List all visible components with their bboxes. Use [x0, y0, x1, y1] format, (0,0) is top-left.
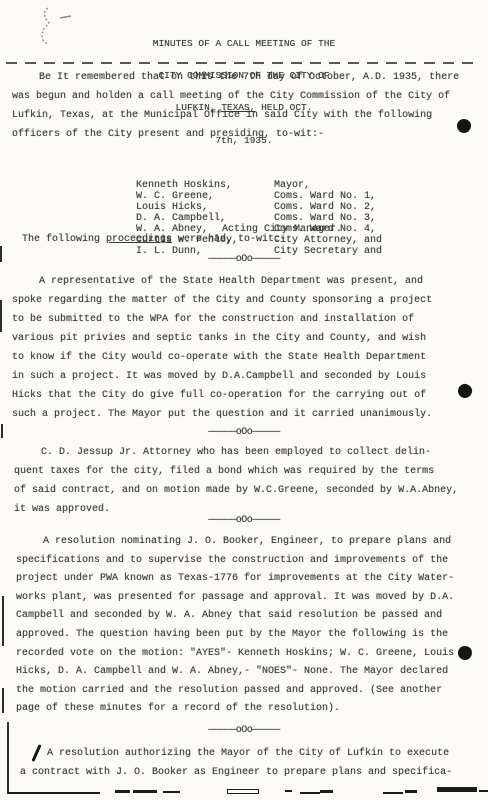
text-line: works plant, was presented for passage a…: [16, 589, 454, 608]
proceedings-line: The following proceedings were had, to-w…: [22, 230, 286, 249]
text-line: various pit privies and septic tanks in …: [12, 329, 432, 348]
officer-row: D. A. Campbell, Coms. Ward No. 3,: [136, 213, 382, 224]
officer-title: Coms. Ward No. 2,: [274, 202, 376, 213]
text-line: of said contract, and on motion made by …: [14, 481, 458, 500]
margin-mark: [0, 246, 2, 262]
text-line: to be submitted to the WPA for the const…: [12, 310, 432, 329]
minutes-paragraph-health-department: A representative of the State Health Dep…: [12, 272, 432, 424]
scan-streak: [405, 790, 417, 793]
text-line: quent taxes for the city, filed a bond w…: [14, 462, 458, 481]
scan-streak: [479, 790, 488, 792]
scan-streak: [163, 791, 180, 793]
text-line: Be It remembered that on this the 7th da…: [12, 68, 459, 87]
ink-blot: [456, 382, 474, 400]
text-line: in such a project. It was moved by D.A.C…: [12, 367, 432, 386]
officer-row: Kenneth Hoskins, Mayor,: [136, 180, 382, 191]
text-line: to know if the City would co-operate wit…: [12, 348, 432, 367]
title-line: MINUTES OF A CALL MEETING OF THE: [0, 39, 488, 50]
scan-streak: [133, 790, 157, 793]
text-line: page of these minutes for a record of th…: [16, 700, 454, 719]
scan-streak: [300, 792, 320, 794]
officer-name: Louis Hicks,: [136, 202, 274, 213]
officer-name: W. C. Greene,: [136, 191, 274, 202]
text-line: specifications and to supervise the cons…: [16, 552, 454, 571]
text-line: a contract with J. O. Booker as Engineer…: [20, 763, 452, 782]
scan-streak: [285, 790, 292, 792]
scan-streak: [8, 792, 100, 794]
text-line: Hicks, D. A. Campbell and W. A. Abney,- …: [16, 663, 454, 682]
officer-title: Coms. Ward No. 1,: [274, 191, 376, 202]
margin-mark: [1, 424, 3, 438]
text-line: C. D. Jessup Jr. Attorney who has been e…: [14, 443, 458, 462]
text-line: the motion carried and the resolution pa…: [16, 682, 454, 701]
text-line: spoke regarding the matter of the City a…: [12, 291, 432, 310]
margin-mark: [2, 688, 4, 713]
text-line: project under PWA known as Texas-1776 fo…: [16, 570, 454, 589]
scan-streak: [227, 789, 259, 794]
intro-paragraph: Be It remembered that on this the 7th da…: [12, 68, 459, 144]
dashed-rule: [6, 62, 474, 64]
text-line: approved. The question having been put b…: [16, 626, 454, 645]
minutes-paragraph-booker-contract: A resolution authorizing the Mayor of th…: [20, 744, 452, 782]
officer-row: W. C. Greene, Coms. Ward No. 1,: [136, 191, 382, 202]
text-line: A resolution authorizing the Mayor of th…: [20, 744, 452, 763]
text-line: A resolution nominating J. O. Booker, En…: [16, 533, 454, 552]
officer-title: City Attorney, and: [274, 235, 382, 246]
text-line: recorded vote on the motion: "AYES"- Ken…: [16, 645, 454, 664]
section-separator: —————oOo—————: [0, 423, 488, 442]
scan-streak: [320, 790, 333, 793]
officer-title: Coms. Ward No. 3,: [274, 213, 376, 224]
scan-streak: [115, 790, 130, 793]
text-line: Campbell and seconded by W. A. Abney tha…: [16, 607, 454, 626]
margin-mark: [2, 596, 4, 646]
scan-streak: [383, 792, 403, 794]
text-line: was begun and holden a call meeting of t…: [12, 87, 459, 106]
officer-name: Kenneth Hoskins,: [136, 180, 274, 191]
margin-mark: [0, 300, 2, 332]
text-line: officers of the City present and presidi…: [12, 125, 459, 144]
ink-blot: [456, 644, 473, 661]
scan-streak: [437, 787, 477, 792]
section-separator: —————oOo—————: [0, 250, 488, 269]
officer-name: D. A. Campbell,: [136, 213, 274, 224]
officer-title: Mayor,: [274, 180, 310, 191]
text-line: A representative of the State Health Dep…: [12, 272, 432, 291]
section-separator: —————oOo—————: [0, 721, 488, 740]
text-line: Lufkin, Texas, at the Municipal Office i…: [12, 106, 459, 125]
scanned-minutes-page: MINUTES OF A CALL MEETING OF THE CITY CO…: [0, 0, 488, 800]
margin-mark: [7, 722, 9, 794]
text-line: such a project. The Mayor put the questi…: [12, 405, 432, 424]
text-line: it was approved.: [14, 500, 458, 519]
minutes-paragraph-jessup-bond: C. D. Jessup Jr. Attorney who has been e…: [14, 443, 458, 519]
officer-row: Louis Hicks, Coms. Ward No. 2,: [136, 202, 382, 213]
minutes-paragraph-booker-resolution: A resolution nominating J. O. Booker, En…: [16, 533, 454, 719]
text-line: Hicks that the City do give full co-oper…: [12, 386, 432, 405]
